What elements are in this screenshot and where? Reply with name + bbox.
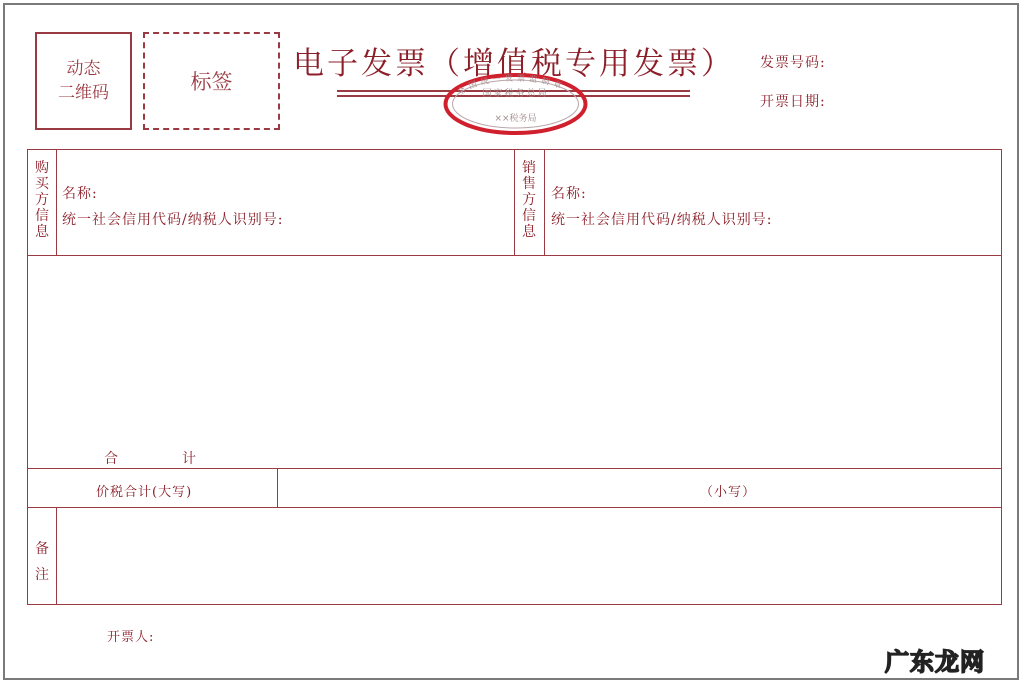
watermark-logo: 广东龙网	[885, 642, 985, 677]
price-tax-divider	[277, 468, 278, 508]
buyer-name-field[interactable]	[110, 180, 505, 202]
seller-label-divider	[544, 149, 545, 256]
issuer-label: 开票人:	[107, 626, 154, 645]
seller-tax-id-label: 统一社会信用代码/纳税人识别号:	[551, 209, 772, 229]
buyer-label-divider	[56, 149, 57, 256]
table-bottom-border	[27, 604, 1002, 605]
seller-section-label: 销 售 方 信 息	[521, 160, 537, 240]
price-tax-total-lowercase-label: （小写）	[700, 481, 756, 500]
remarks-field[interactable]	[58, 509, 1000, 603]
buyer-label-char: 买	[34, 176, 50, 192]
buyer-label-char: 信	[34, 208, 50, 224]
line-items-area[interactable]	[29, 257, 1000, 442]
seller-label-char: 信	[521, 208, 537, 224]
total-label-right: 计	[182, 448, 197, 468]
seller-label-char: 方	[521, 192, 537, 208]
buyer-name-label: 名称:	[62, 183, 98, 203]
buyer-tax-id-field[interactable]	[320, 206, 505, 228]
seller-tax-id-field[interactable]	[810, 206, 995, 228]
seller-name-field[interactable]	[600, 180, 995, 202]
remarks-section-label: 备 注	[34, 536, 50, 588]
buyer-label-char: 息	[34, 224, 50, 240]
seller-label-char: 息	[521, 224, 537, 240]
tag-label-placeholder: 标签	[143, 32, 280, 130]
seller-label-char: 销	[521, 160, 537, 176]
table-right-border	[1001, 149, 1002, 605]
qr-label-line1: 动态	[67, 57, 101, 81]
remarks-label-divider	[56, 507, 57, 605]
remarks-label-char: 备	[34, 536, 50, 562]
buyer-seller-divider	[514, 149, 515, 256]
price-tax-total-uppercase-label: 价税合计(大写)	[96, 481, 192, 500]
buyer-tax-id-label: 统一社会信用代码/纳税人识别号:	[62, 209, 283, 229]
buyer-section-label: 购 买 方 信 息	[34, 160, 50, 240]
svg-text:××税务局: ××税务局	[494, 112, 536, 124]
buyer-label-char: 购	[34, 160, 50, 176]
items-bottom-border	[27, 468, 1002, 469]
svg-text:国家税务总局: 国家税务总局	[482, 87, 548, 99]
dynamic-qr-code-placeholder: 动态 二维码	[35, 32, 132, 130]
total-label-left: 合	[104, 448, 119, 468]
qr-label-line2: 二维码	[58, 81, 109, 105]
invoice-date-label: 开票日期:	[760, 91, 826, 111]
tag-label-text: 标签	[191, 66, 233, 96]
remarks-label-char: 注	[34, 562, 50, 588]
official-seal-icon: 全国统一发票监制章 国家税务总局 ××税务局	[443, 73, 588, 135]
table-left-border	[27, 149, 28, 605]
seller-name-label: 名称:	[551, 183, 587, 203]
invoice-number-label: 发票号码:	[760, 52, 826, 72]
seller-label-char: 售	[521, 176, 537, 192]
total-row-bottom-border	[27, 507, 1002, 508]
buyer-label-char: 方	[34, 192, 50, 208]
